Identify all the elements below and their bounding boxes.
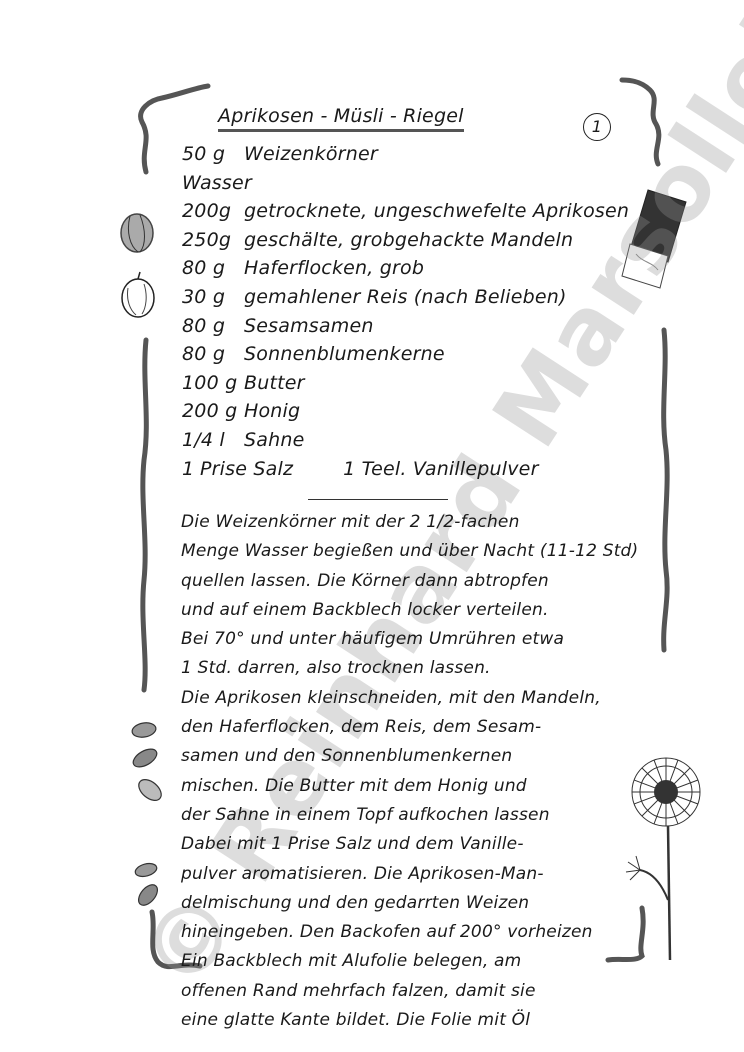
ingredient-quantity: 1/4 l — [182, 426, 244, 455]
ingredient-item: 1Prise Salz1 Teel. Vanillepulver — [182, 455, 629, 484]
ingredient-quantity: 30 g — [182, 283, 244, 312]
almond-icon — [130, 721, 165, 909]
chocolate-bar-icon — [622, 190, 686, 288]
ingredient-name: Sonnenblumenkerne — [244, 343, 445, 365]
instruction-line: offenen Rand mehrfach falzen, damit sie — [181, 977, 641, 1006]
instruction-line: samen und den Sonnenblumenkernen — [181, 742, 641, 771]
ingredient-item: 100 gButter — [182, 369, 629, 398]
instruction-line: pulver aromatisieren. Die Aprikosen-Man- — [181, 860, 641, 889]
ingredient-quantity: 200 g — [182, 397, 244, 426]
ingredient-item: 250ggeschälte, grobgehackte Mandeln — [182, 226, 629, 255]
ingredient-quantity: 200g — [182, 197, 244, 226]
instruction-line: der Sahne in einem Topf aufkochen lassen — [181, 801, 641, 830]
instruction-text: Die Weizenkörner mit der 2 1/2-fachenMen… — [181, 508, 641, 1035]
ingredient-item: 80 gSonnenblumenkerne — [182, 340, 629, 369]
ingredient-name: Prise Salz — [200, 458, 293, 480]
frame-right — [664, 330, 667, 650]
ingredient-name: Wasser — [182, 172, 252, 194]
ingredient-name: geschälte, grobgehackte Mandeln — [244, 229, 573, 251]
instruction-line: und auf einem Backblech locker verteilen… — [181, 596, 641, 625]
ingredient-quantity: 80 g — [182, 340, 244, 369]
apple-icon — [122, 272, 154, 317]
instruction-line: 1 Std. darren, also trocknen lassen. — [181, 654, 641, 683]
ingredient-name: Sesamsamen — [244, 315, 374, 337]
recipe-page: © Reinhard Marsollek Aprikosen - Müsli -… — [0, 0, 744, 1052]
ingredient-item: 200 gHonig — [182, 397, 629, 426]
ingredient-quantity: 250g — [182, 226, 244, 255]
ingredient-item: 80 gSesamsamen — [182, 312, 629, 341]
ingredient-quantity: 50 g — [182, 140, 244, 169]
page-number-badge: 1 — [583, 113, 611, 141]
ingredient-name: Sahne — [244, 429, 304, 451]
instruction-line: eine glatte Kante bildet. Die Folie mit … — [181, 1006, 641, 1035]
instruction-line: hineingeben. Den Backofen auf 200° vorhe… — [181, 918, 641, 947]
instruction-line: Die Weizenkörner mit der 2 1/2-fachen — [181, 508, 641, 537]
ingredient-list: 50 gWeizenkörnerWasser200ggetrocknete, u… — [182, 140, 629, 483]
ingredient-item: 80 gHaferflocken, grob — [182, 254, 629, 283]
instruction-line: den Haferflocken, dem Reis, dem Sesam- — [181, 713, 641, 742]
instruction-line: Ein Backblech mit Alufolie belegen, am — [181, 947, 641, 976]
ingredient-item: 50 gWeizenkörner — [182, 140, 629, 169]
section-divider — [308, 499, 448, 500]
instruction-line: mischen. Die Butter mit dem Honig und — [181, 772, 641, 801]
ingredient-item: 1/4 lSahne — [182, 426, 629, 455]
ingredient-item: Wasser — [182, 169, 629, 198]
ingredient-quantity: 1 — [182, 455, 200, 484]
ingredient-quantity: 100 g — [182, 369, 244, 398]
ingredient-name: Weizenkörner — [244, 143, 378, 165]
instruction-line: Bei 70° und unter häufigem Umrühren etwa — [181, 625, 641, 654]
instruction-line: delmischung und den gedarrten Weizen — [181, 889, 641, 918]
instruction-line: Dabei mit 1 Prise Salz und dem Vanille- — [181, 830, 641, 859]
ingredient-name: getrocknete, ungeschwefelte Aprikosen — [244, 200, 629, 222]
ingredient-item: 30 ggemahlener Reis (nach Belieben) — [182, 283, 629, 312]
ingredient-item: 200ggetrocknete, ungeschwefelte Aprikose… — [182, 197, 629, 226]
ingredient-name: Haferflocken, grob — [244, 257, 424, 279]
instruction-line: quellen lassen. Die Körner dann abtropfe… — [181, 567, 641, 596]
apricot-icon — [121, 214, 153, 252]
frame-left — [143, 340, 146, 690]
ingredient-quantity: 80 g — [182, 254, 244, 283]
ingredient-name: Butter — [244, 372, 305, 394]
instruction-line: Die Aprikosen kleinschneiden, mit den Ma… — [181, 684, 641, 713]
instruction-line: Menge Wasser begießen und über Nacht (11… — [181, 537, 641, 566]
recipe-title: Aprikosen - Müsli - Riegel — [218, 104, 464, 132]
ingredient-name: Honig — [244, 400, 300, 422]
ingredient-name: gemahlener Reis (nach Belieben) — [244, 286, 567, 308]
ingredient-quantity: 80 g — [182, 312, 244, 341]
ingredient-extra: 1 Teel. Vanillepulver — [343, 455, 538, 484]
